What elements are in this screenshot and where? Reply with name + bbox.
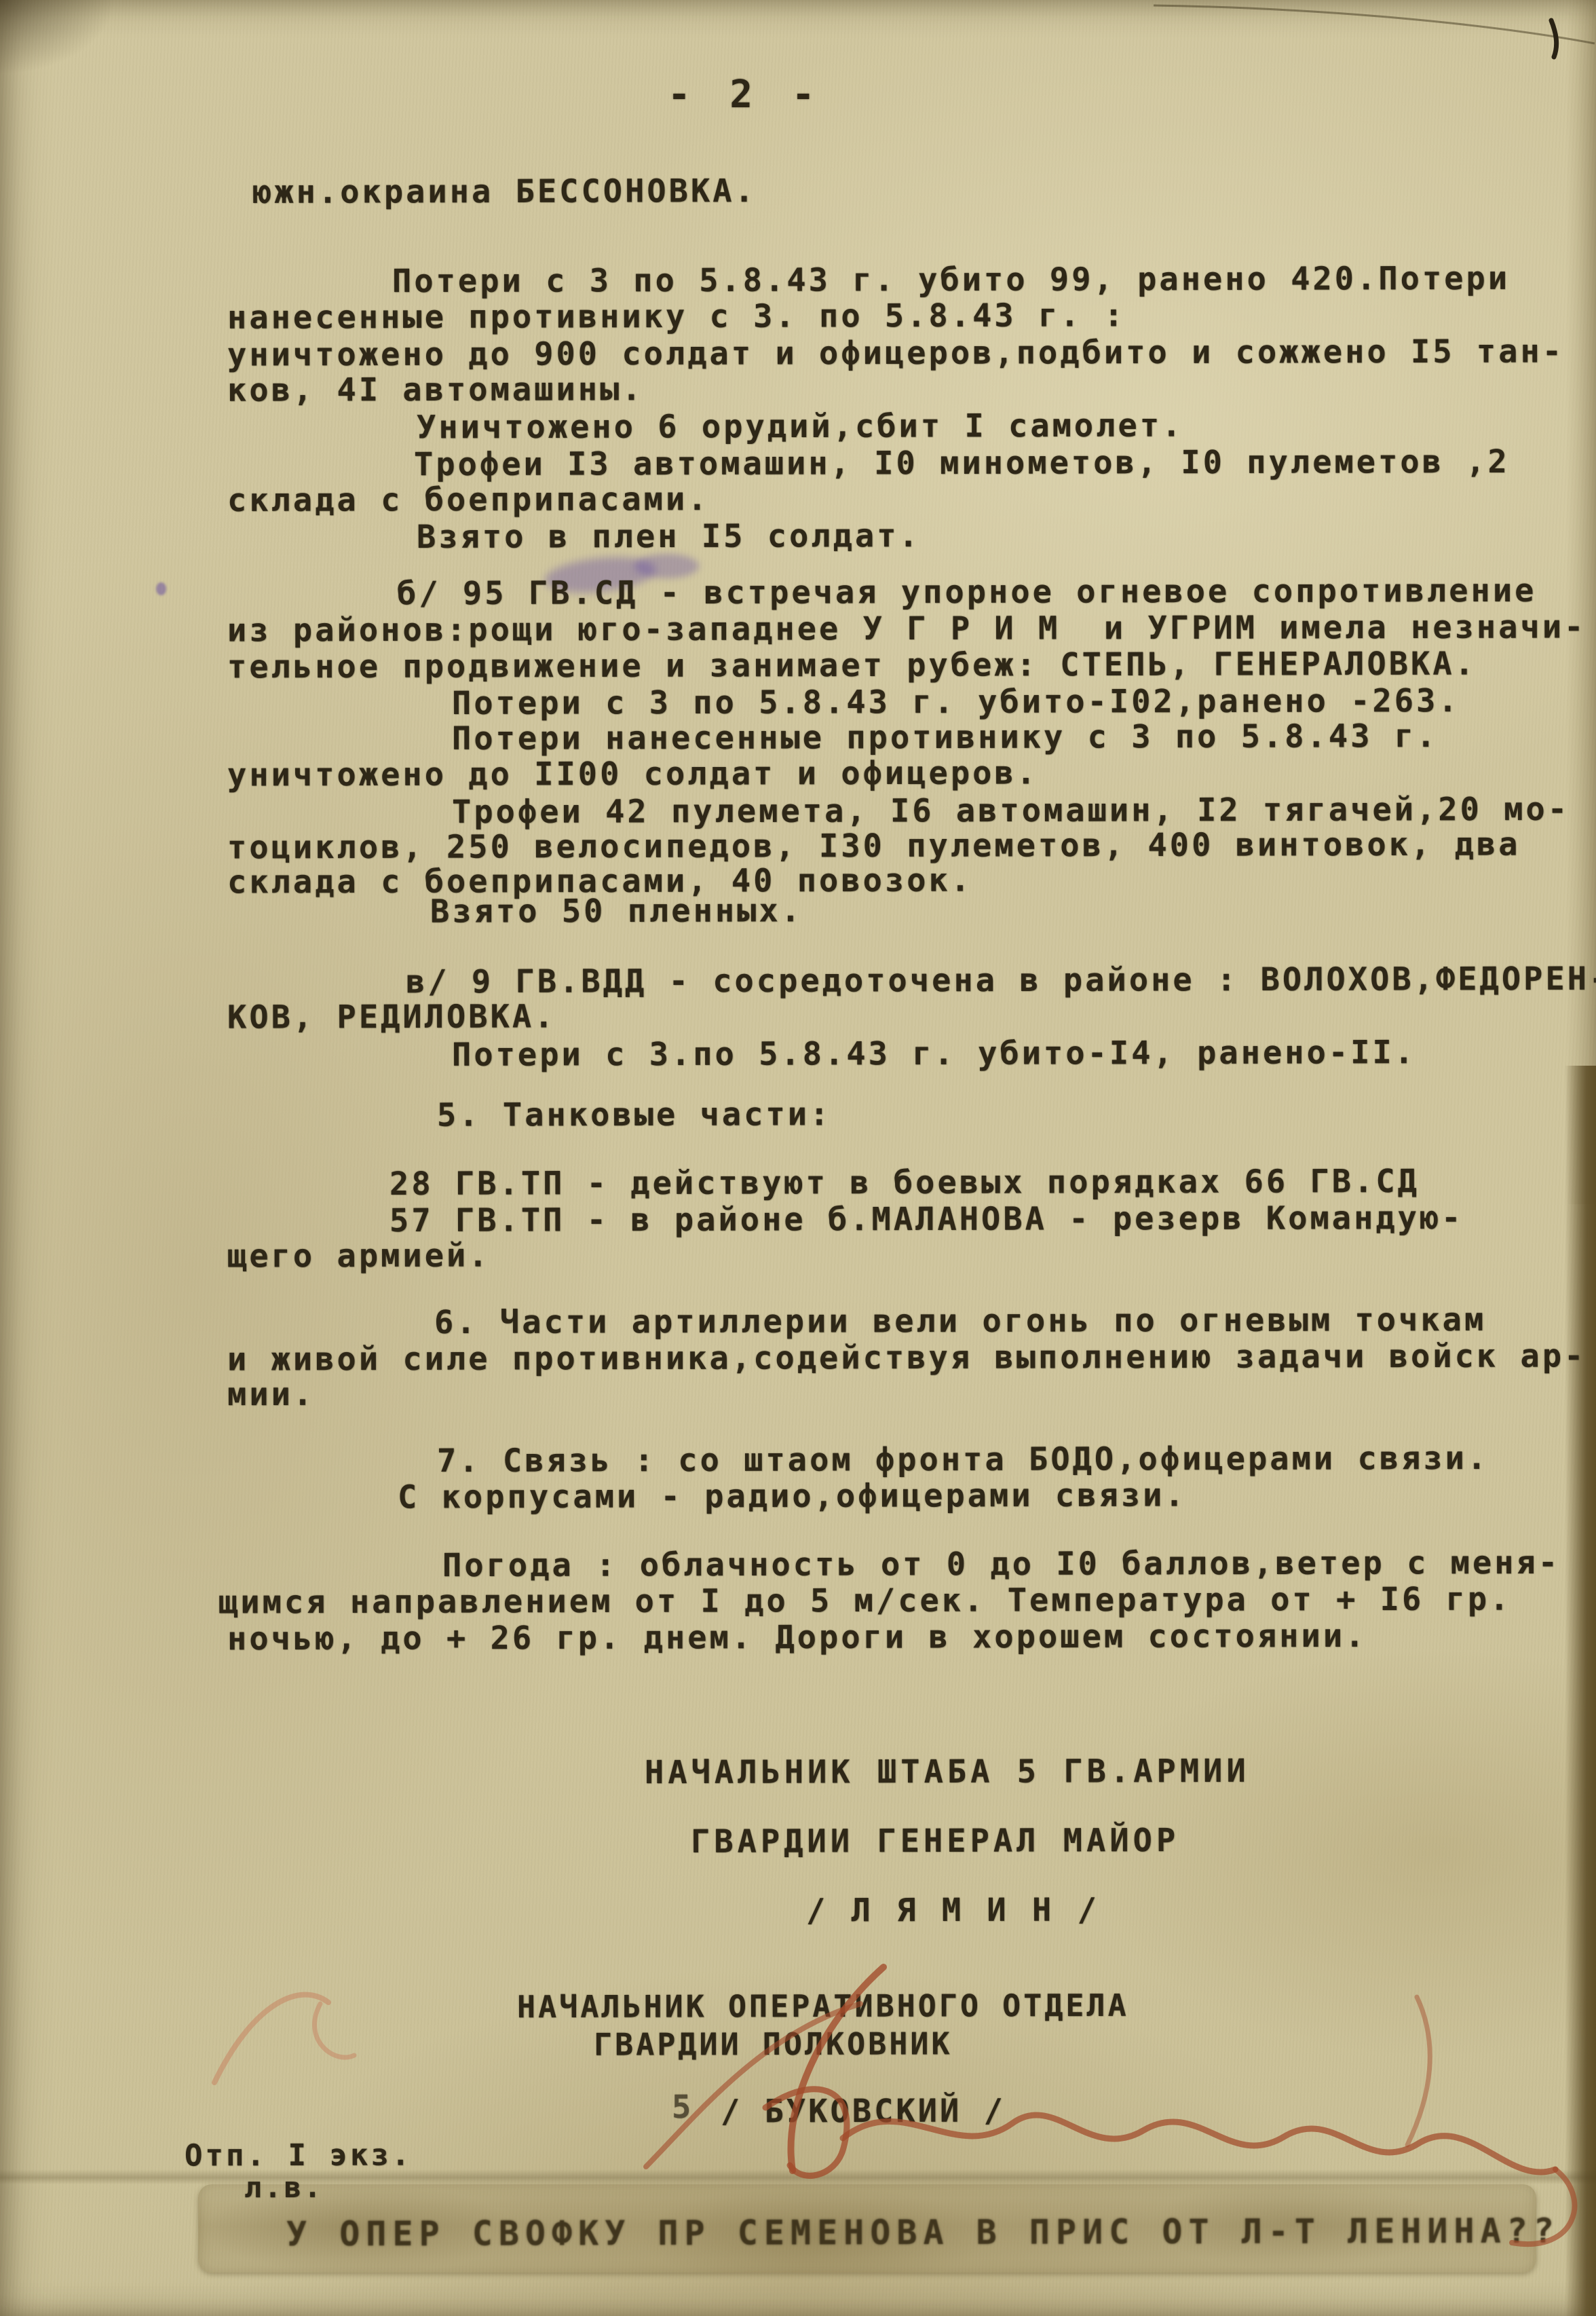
typed-line: тельное продвижение и занимает рубеж: СТ…	[227, 648, 1477, 686]
section-7-heading: 7. Связь : со штаом фронта БОДО,офицерам…	[437, 1442, 1489, 1479]
subsection-v-9-gv-vdd: в/ 9 ГВ.ВДД - сосредоточена в районе : В…	[406, 963, 1596, 1000]
typed-line: Трофеи I3 автомашин, I0 минометов, I0 пу…	[414, 445, 1510, 483]
purple-ink-dot	[156, 582, 166, 595]
typed-line: ночью, до + 26 гр. днем. Дороги в хороше…	[227, 1620, 1367, 1657]
section-5-heading: 5. Танковые части:	[437, 1098, 831, 1133]
signature-title-operations-chief: НАЧАЛЬНИК ОПЕРАТИВНОГО ОТДЕЛА	[517, 1990, 1129, 2024]
signature-rank-general-major: ГВАРДИИ ГЕНЕРАЛ МАЙОР	[691, 1824, 1179, 1860]
signature-rank-colonel: ГВАРДИИ ПОЛКОВНИК	[594, 2028, 953, 2061]
subsection-b-95-gv-sd: б/ 95 ГВ.СД - встречая упорное огневое с…	[397, 574, 1537, 612]
typed-line: 57 ГВ.ТП - в районе б.МАЛАНОВА - резерв …	[389, 1201, 1464, 1239]
page-right-edge-dark-strip	[1565, 1066, 1596, 2316]
typed-line: щего армией.	[227, 1239, 491, 1274]
typed-line: ков, 4I автомашины.	[227, 373, 644, 408]
signature-title-chief-of-staff: НАЧАЛЬНИК ШТАБА 5 ГВ.АРМИИ	[645, 1755, 1250, 1791]
ink-tick-icon	[1551, 20, 1557, 57]
typed-line: уничтожено до II00 солдат и офицеров.	[227, 756, 1038, 793]
typed-line: Потери с 3.по 5.8.43 г. убито-I4, ранено…	[452, 1036, 1416, 1072]
top-edge-crease	[1154, 5, 1595, 43]
typed-line: Потери с 3 по 5.8.43 г. убито-I02,ранено…	[452, 684, 1460, 722]
scan-corner-shadow	[0, 0, 115, 75]
typed-line: из районов:рощи юго-западнее У Г Р И М и…	[227, 610, 1586, 648]
typed-line: тоциклов, 250 велосипедов, I30 пулеметов…	[227, 828, 1521, 866]
typed-line: С корпусами - радио,офицерами связи.	[398, 1478, 1187, 1515]
typed-line: склада с боеприпасами.	[227, 483, 710, 519]
typed-line: КОВ, РЕДИЛОВКА.	[227, 1000, 556, 1035]
section-6-heading: 6. Части артиллерии вели огонь по огневы…	[434, 1303, 1486, 1341]
typed-line: Потери нанесенные противнику с 3 по 5.8.…	[452, 720, 1438, 757]
typed-line: Потери с 3 по 5.8.43 г. убито 99, ранено…	[392, 262, 1510, 299]
typed-line: щимся направлением от I до 5 м/сек. Темп…	[218, 1583, 1512, 1621]
copies-note: Отп. I экз.	[185, 2140, 413, 2172]
stray-mark: 5	[672, 2091, 693, 2125]
typed-line: уничтожено до 900 солдат и офицеров,подб…	[227, 335, 1564, 373]
signature-name-lyamin: / Л Я М И Н /	[806, 1893, 1100, 1928]
page-number: - 2 -	[668, 76, 823, 114]
red-check-mark	[315, 2004, 354, 2057]
red-check-mark	[214, 1995, 328, 2082]
page-right-edge-shadow	[1566, 0, 1596, 1204]
typed-line: мии.	[227, 1378, 315, 1413]
typed-line: Взято в плен I5 солдат.	[417, 519, 921, 555]
typed-line: Взято 50 пленных.	[430, 894, 803, 929]
document-page: - 2 - южн.окраина БЕССОНОВКА.Потери с 3 …	[0, 0, 1596, 2316]
location-heading: южн.окраина БЕССОНОВКА.	[252, 174, 757, 210]
weather-paragraph: Погода : облачность от 0 до I0 баллов,ве…	[442, 1546, 1560, 1584]
typed-line: и живой силе противника,содействуя выпол…	[227, 1339, 1586, 1377]
typist-initials: л.в.	[244, 2172, 324, 2203]
archive-stamp-line: У ОПЕР СВОФКУ ПР СЕМЕНОВА В ПРИС ОТ Л-Т …	[286, 2213, 1560, 2253]
typed-line: Уничтожено 6 орудий,сбит I самолет.	[417, 409, 1184, 446]
typed-line: Трофеи 42 пулемета, I6 автомашин, I2 тяг…	[452, 793, 1570, 830]
signature-name-bukovsky: / БУКОВСКИЙ /	[721, 2094, 1006, 2129]
typed-line: 28 ГВ.ТП - действуют в боевых порядках 6…	[389, 1165, 1420, 1202]
typed-line: нанесенные противнику с 3. по 5.8.43 г. …	[227, 299, 1126, 335]
